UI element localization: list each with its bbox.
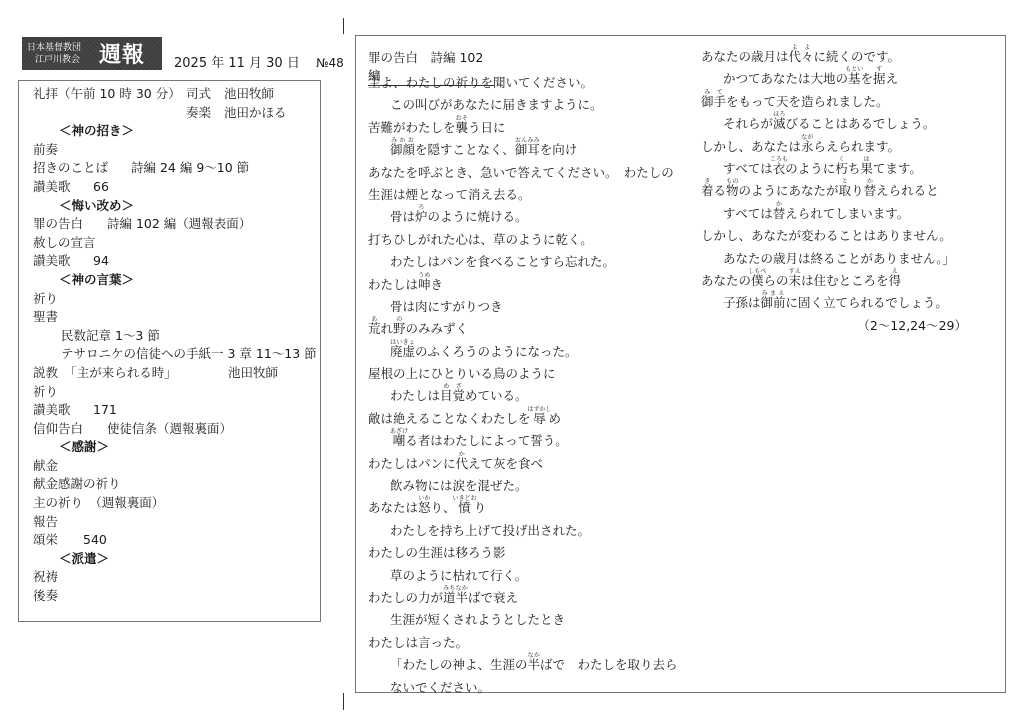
bulletin-page: 日本基督教団 江戸川教会 週報 2025 年 11 月 30 日 №48 礼拝（… <box>0 0 1024 719</box>
scripture-reference: （2～12,24～29） <box>701 313 1001 335</box>
furigana: 道半みちなか <box>443 590 468 605</box>
musician-name: 池田かほる <box>224 104 287 123</box>
verse-line: しかし、あなたが変わることはありません。 <box>701 223 1001 245</box>
verse-line: 飲み物には涙を混ぜた。 <box>368 473 698 495</box>
service-item-label: 祝祷 <box>33 569 58 584</box>
service-item: 讃美歌171 <box>33 401 320 420</box>
service-item-detail: 94 <box>93 252 109 271</box>
service-item: 献金 <box>33 457 320 476</box>
verse-line: 荒あれ野ののみみずく <box>368 316 698 338</box>
verse-line: わたしは言った。 <box>368 630 698 652</box>
furigana: 朽く <box>835 161 848 176</box>
service-time: 礼拝（午前 10 時 30 分） <box>33 86 181 101</box>
furigana: 襲おそ <box>456 120 469 135</box>
verse-line: 草のように枯れて行く。 <box>368 563 698 585</box>
verse-line: この叫びがあなたに届きますように。 <box>368 92 698 114</box>
service-item-label: テサロニケの信徒への手紙一 3 章 11～13 節 <box>61 346 317 361</box>
service-item-label: 信仰告白 <box>33 421 83 436</box>
service-item: 祝祷 <box>33 568 320 587</box>
service-item-label: 赦しの宣言 <box>33 235 96 250</box>
verse-line: すべては衣ころものように朽くち果はてます。 <box>701 156 1001 178</box>
furigana: 半なか <box>528 657 541 672</box>
service-item-label: 讃美歌 <box>33 402 71 417</box>
service-item: 罪の告白詩編 102 編（週報表面） <box>33 215 320 234</box>
service-item: 主の祈り （週報裏面） <box>33 494 320 513</box>
furigana: 荒あ <box>368 321 381 336</box>
reading-column-left: 主しゅよ、わたしの祈りを聞いてください。この叫びがあなたに届きますように。苦難が… <box>368 70 698 697</box>
service-section-heading: ＜悔い改め＞ <box>33 197 320 216</box>
verse-line: 苦難がわたしを襲おそう日に <box>368 115 698 137</box>
service-item-label: 聖書 <box>33 309 58 324</box>
furigana: 炉ろ <box>415 209 428 224</box>
issue-date: 2025 年 11 月 30 日 <box>174 56 300 71</box>
service-section-heading: ＜感謝＞ <box>33 438 320 457</box>
service-item-label: 後奏 <box>33 588 58 603</box>
verse-line: 嘲あざける者はわたしによって誓う。 <box>368 428 698 450</box>
service-item-label: ＜神の招き＞ <box>59 123 134 138</box>
furigana: 目め <box>440 388 453 403</box>
verse-line: 子孫は御前みまえに固く立てられるでしょう。 <box>701 290 1001 312</box>
music-role: 奏楽 <box>186 104 211 123</box>
verse-line: あなたを呼ぶとき、急いで答えてください。 わたしの <box>368 160 698 182</box>
furigana: 末すえ <box>789 273 802 288</box>
church: 江戸川教会 <box>27 54 95 66</box>
furigana: 僕しもべ <box>751 273 764 288</box>
verse-line: しかし、あなたは永ながらえられます。 <box>701 134 1001 156</box>
furigana: 怒いか <box>418 500 431 515</box>
furigana: 御手みて <box>701 94 726 109</box>
bulletin-title: 週報 <box>95 38 145 69</box>
service-item-label: 民数記章 1～3 節 <box>61 328 160 343</box>
service-item-label: 祈り <box>33 291 58 306</box>
verse-line: 廃虚はいきょのふくろうのようになった。 <box>368 339 698 361</box>
furigana: 取と <box>839 183 852 198</box>
furigana: 覚ざ <box>453 388 466 403</box>
order-of-service: 礼拝（午前 10 時 30 分） 司式 池田牧師 奏楽 池田かほる ＜神の招き＞… <box>18 80 321 622</box>
service-item-label: 主の祈り （週報裏面） <box>33 495 164 510</box>
verse-line: わたしの生涯は移ろう影 <box>368 540 698 562</box>
furigana: 永なが <box>801 139 814 154</box>
verse-line: あなたは怒いかり、憤いきどおり <box>368 495 698 517</box>
verse-line: わたしはパンに代かえて灰を食べ <box>368 451 698 473</box>
verse-line: 骨は肉にすがりつき <box>368 294 698 316</box>
furigana: 滅ほろ <box>773 116 786 131</box>
verse-line: わたしを持ち上げて投げ出された。 <box>368 518 698 540</box>
service-items: ＜神の招き＞前奏招きのことば詩編 24 編 9～10 節讃美歌66＜悔い改め＞罪… <box>33 122 320 605</box>
service-item: 讃美歌94 <box>33 252 320 271</box>
fold-mark-top <box>343 18 344 34</box>
service-section-heading: ＜神の言葉＞ <box>33 271 320 290</box>
verse-line: 主しゅよ、わたしの祈りを聞いてください。 <box>368 70 698 92</box>
service-item-detail: 詩編 24 編 9～10 節 <box>131 159 249 178</box>
service-item: 讃美歌66 <box>33 178 320 197</box>
verse-line: すべては替かえられてしまいます。 <box>701 201 1001 223</box>
service-header: 礼拝（午前 10 時 30 分） 司式 池田牧師 <box>33 85 320 104</box>
furigana: 御耳おんみみ <box>515 142 540 157</box>
verse-line: あなたの歳月は代々よよに続くのです。 <box>701 44 1001 66</box>
furigana: 果は <box>860 161 873 176</box>
service-item-detail: 池田牧師 <box>228 364 278 383</box>
masthead-label: 日本基督教団 江戸川教会 週報 <box>22 37 162 70</box>
service-item-detail: 使徒信条（週報裏面） <box>107 420 232 439</box>
furigana: 据す <box>873 71 886 86</box>
service-item-label: 祈り <box>33 384 58 399</box>
service-item-label: 讃美歌 <box>33 179 71 194</box>
service-item-label: 招きのことば <box>33 160 108 175</box>
furigana: 御前みまえ <box>761 295 786 310</box>
reading-column-right: あなたの歳月は代々よよに続くのです。かつてあなたは大地の基もといを据すえ御手みて… <box>701 44 1001 335</box>
denomination: 日本基督教団 <box>27 42 95 54</box>
scripture-reading: 罪の告白 詩編 102 編 主しゅよ、わたしの祈りを聞いてください。この叫びがあ… <box>355 35 1006 693</box>
issue-line: 2025 年 11 月 30 日 №48 <box>174 52 344 71</box>
service-item-label: 前奏 <box>33 142 58 157</box>
service-item-detail: 詩編 102 編（週報表面） <box>107 215 251 234</box>
fold-mark-bottom <box>343 693 344 710</box>
service-item: 祈り <box>33 290 320 309</box>
furigana: 憤いきどお <box>456 500 474 515</box>
furigana: 代か <box>456 456 469 471</box>
verse-line: 屋根の上にひとりいる鳥のように <box>368 361 698 383</box>
verse-line: 骨は炉ろのように焼ける。 <box>368 204 698 226</box>
furigana: 着き <box>701 183 714 198</box>
furigana: 野の <box>393 321 406 336</box>
service-item: 頌栄540 <box>33 531 320 550</box>
service-item: 献金感謝の祈り <box>33 475 320 494</box>
service-item-label: 頌栄 <box>33 532 58 547</box>
furigana: 基もとい <box>848 71 861 86</box>
service-item: テサロニケの信徒への手紙一 3 章 11～13 節 <box>33 345 320 364</box>
service-item: 聖書 <box>33 308 320 327</box>
service-item-label: ＜神の言葉＞ <box>59 272 134 287</box>
service-item-label: ＜悔い改め＞ <box>59 198 134 213</box>
verse-line: かつてあなたは大地の基もといを据すえ <box>701 66 1001 88</box>
service-item-label: 罪の告白 <box>33 216 83 231</box>
verse-line: 「わたしの神よ、生涯の半なかばで わたしを取り去ら <box>368 652 698 674</box>
service-item: 前奏 <box>33 141 320 160</box>
furigana: 替か <box>864 183 877 198</box>
verse-line: 生涯が短くされようとしたとき <box>368 607 698 629</box>
service-item-label: 報告 <box>33 514 58 529</box>
service-music: 奏楽 池田かほる <box>33 104 320 123</box>
issue-number: №48 <box>316 56 344 70</box>
service-item: 民数記章 1～3 節 <box>33 327 320 346</box>
service-item-label: 献金感謝の祈り <box>33 476 121 491</box>
verse-line: それらが滅ほろびることはあるでしょう。 <box>701 111 1001 133</box>
verse-line: わたしは目め覚ざめている。 <box>368 383 698 405</box>
verse-line: 敵は絶えることなくわたしを辱はずかしめ <box>368 406 698 428</box>
service-item-label: ＜感謝＞ <box>59 439 109 454</box>
furigana: 物もの <box>726 183 739 198</box>
furigana: 辱はずかし <box>531 411 549 426</box>
furigana: 替か <box>773 206 786 221</box>
verse-line: 御手みてをもって天を造られました。 <box>701 89 1001 111</box>
verse-line: 生涯は煙となって消え去る。 <box>368 182 698 204</box>
service-item: 後奏 <box>33 587 320 606</box>
service-section-heading: ＜派遣＞ <box>33 550 320 569</box>
verse-line: あなたの歳月は終ることがありません。」 <box>701 246 1001 268</box>
service-item: 信仰告白使徒信条（週報裏面） <box>33 420 320 439</box>
verse-line: わたしの力が道半みちなかばで衰え <box>368 585 698 607</box>
service-item-detail: 171 <box>93 401 117 420</box>
furigana: 御顔みかお <box>390 142 415 157</box>
service-item-label: 説教 「主が来られる時」 <box>33 365 177 380</box>
service-item: 赦しの宣言 <box>33 234 320 253</box>
presider-name: 池田牧師 <box>224 85 274 104</box>
service-item-label: 献金 <box>33 458 58 473</box>
church-name: 日本基督教団 江戸川教会 <box>22 42 95 66</box>
furigana: 衣ころも <box>773 161 786 176</box>
verse-line: あなたの僕しもべらの末すえは住むところを得え <box>701 268 1001 290</box>
furigana: 廃虚はいきょ <box>390 344 415 359</box>
furigana: 呻うめ <box>418 277 431 292</box>
verse-line: わたしは呻うめき <box>368 272 698 294</box>
service-item-detail: 66 <box>93 178 109 197</box>
verse-line: 御顔みかおを隠すことなく、御耳おんみみを向け <box>368 137 698 159</box>
service-item: 説教 「主が来られる時」池田牧師 <box>33 364 320 383</box>
verse-line: わたしはパンを食べることすら忘れた。 <box>368 249 698 271</box>
furigana: 代々よよ <box>789 49 814 64</box>
service-item: 祈り <box>33 383 320 402</box>
verse-line: ないでください。 <box>368 675 698 697</box>
verse-line: 着きる物もののようにあなたが取とり替かえられると <box>701 178 1001 200</box>
service-item-label: ＜派遣＞ <box>59 551 109 566</box>
service-item-detail: 540 <box>83 531 107 550</box>
service-section-heading: ＜神の招き＞ <box>33 122 320 141</box>
service-item: 招きのことば詩編 24 編 9～10 節 <box>33 159 320 178</box>
presider-role: 司式 <box>186 85 211 104</box>
furigana: 嘲あざけ <box>390 433 405 448</box>
furigana: 得え <box>889 273 902 288</box>
service-item-label: 讃美歌 <box>33 253 71 268</box>
verse-line: 打ちひしがれた心は、草のように乾く。 <box>368 227 698 249</box>
furigana: 主しゅ <box>368 75 381 90</box>
service-item: 報告 <box>33 513 320 532</box>
